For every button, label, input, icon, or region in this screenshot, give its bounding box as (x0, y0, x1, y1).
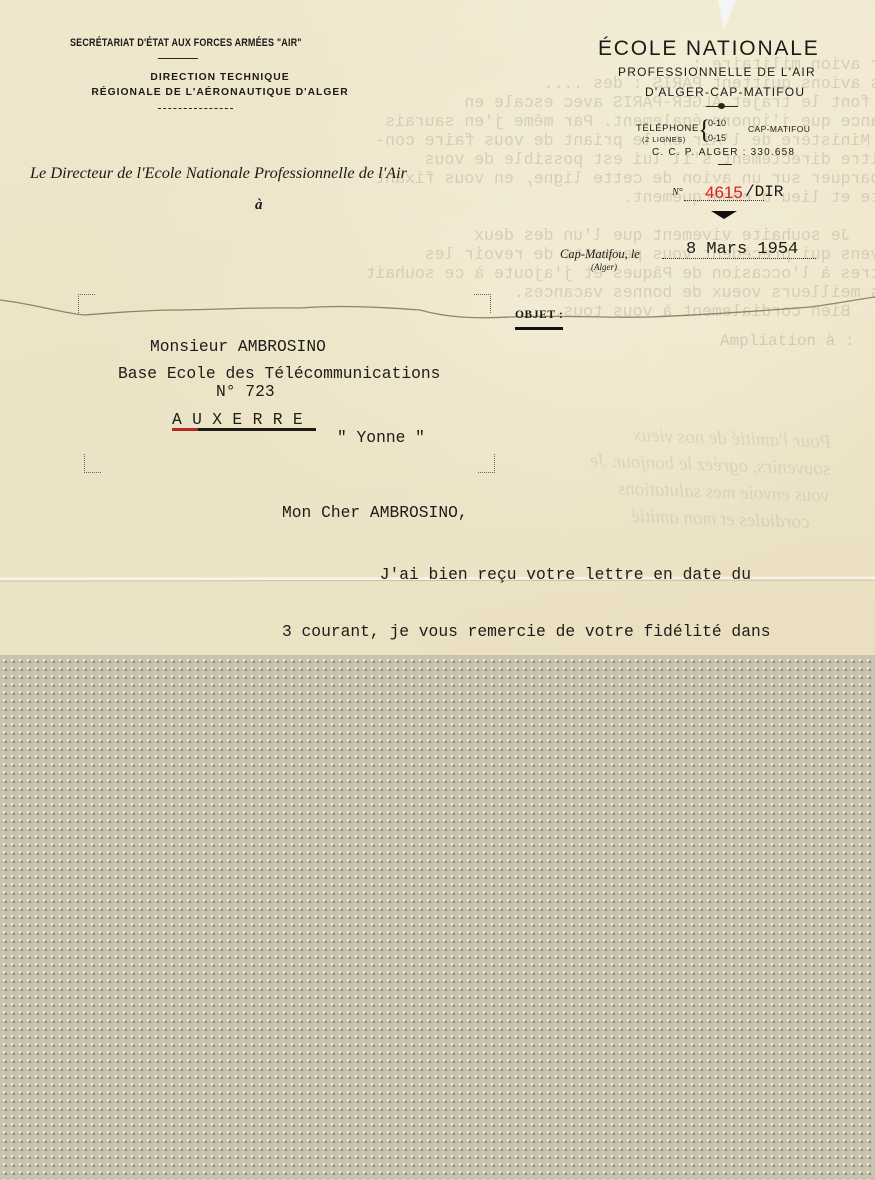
address-corner-mark (474, 294, 491, 313)
ministry-heading: SECRÉTARIAT D'ÉTAT AUX FORCES ARMÉES "AI… (70, 37, 302, 49)
direction-heading-2: RÉGIONALE DE L'AÉRONAUTIQUE D'ALGER (0, 87, 440, 98)
divider (158, 58, 198, 59)
recipient-city: A U X E R R E (172, 410, 303, 429)
recipient-department: " Yonne " (337, 428, 425, 447)
ccp-account: C. C. P. ALGER : 330.658 (652, 147, 795, 158)
torn-crease (0, 293, 875, 323)
reference-number: 4615 (705, 183, 743, 203)
letter-date: 8 Mars 1954 (686, 240, 798, 259)
telephone-lines: (2 LIGNES) (642, 135, 686, 144)
torn-corner (716, 0, 738, 34)
address-corner-mark (478, 454, 495, 473)
ornament-divider (158, 108, 233, 110)
bleed-through-margin: Ampliation à : (720, 332, 875, 350)
school-subtitle-1: PROFESSIONNELLE DE L'AIR (618, 65, 816, 79)
place-label: Cap-Matifou, le (560, 247, 640, 262)
salutation: Mon Cher AMBROSINO, (282, 503, 468, 522)
body-line: 3 courant, je vous remercie de votre fid… (282, 623, 790, 642)
telephone-label: TÉLÉPHONE (636, 123, 699, 134)
subject-underline (515, 327, 563, 330)
body-line: J'ai bien reçu votre lettre en date du (282, 566, 790, 585)
triangle-down-icon (711, 211, 737, 219)
reference-suffix: /DIR (745, 183, 783, 201)
letter-page: Par avion militaire : ces avions quitten… (0, 0, 875, 655)
address-corner-mark (78, 294, 95, 313)
school-subtitle-2: D'ALGER-CAP-MATIFOU (645, 85, 805, 99)
divider (718, 164, 732, 165)
address-corner-mark (84, 454, 101, 473)
recipient-number: N° 723 (216, 382, 275, 401)
recipient-organization: Base Ecole des Télécommunications (118, 364, 440, 383)
recipient-name: Monsieur AMBROSINO (150, 337, 326, 356)
to-word: à (255, 197, 263, 214)
city-underline-red (172, 428, 198, 431)
school-title: ÉCOLE NATIONALE (598, 37, 820, 61)
letter-body: J'ai bien reçu votre lettre en date du 3… (282, 529, 790, 655)
ornament-dot (718, 103, 725, 109)
sender-line: Le Directeur de l'Ecole Nationale Profes… (30, 163, 407, 183)
telephone-number-2: 0-15 (708, 133, 726, 143)
subject-label: OBJET : (515, 309, 563, 321)
place-sublabel: (Alger) (591, 262, 617, 272)
reference-label: N° (672, 187, 683, 198)
direction-heading-1: DIRECTION TECHNIQUE (0, 72, 440, 83)
telephone-number-1: 0-10 (708, 118, 726, 128)
truncated-image-pattern (0, 655, 875, 1180)
telephone-place: CAP-MATIFOU (748, 124, 810, 134)
